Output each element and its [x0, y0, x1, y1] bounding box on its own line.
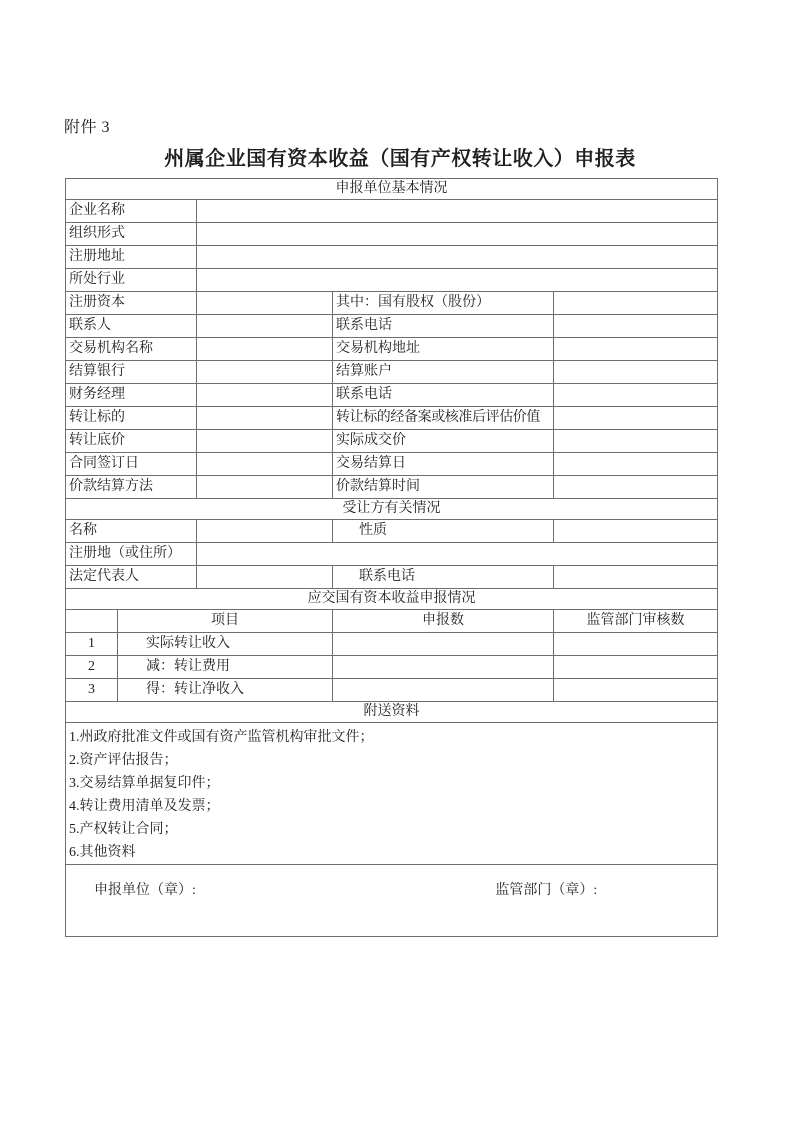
label-transfer-subject: 转让标的 [66, 407, 197, 430]
attachment-item: 6.其他资料 [69, 841, 715, 864]
label-transaction-settlement-date: 交易结算日 [333, 453, 554, 476]
value-industry [197, 269, 718, 292]
label-transferee-phone: 联系电话 [333, 566, 554, 589]
column-header-declared-amount: 申报数 [333, 610, 554, 633]
column-header-reviewed-amount: 监管部门审核数 [554, 610, 718, 633]
attachment-number: 附件 3 [64, 114, 110, 137]
row-number: 3 [66, 679, 118, 702]
value-actual-transfer-income-declared [333, 633, 554, 656]
value-transferee-name [197, 520, 333, 543]
value-actual-transfer-income-reviewed [554, 633, 718, 656]
column-header-number [66, 610, 118, 633]
label-actual-transfer-income: 实际转让收入 [118, 633, 333, 656]
value-transaction-settlement-date [554, 453, 718, 476]
attachment-item: 5.产权转让合同； [69, 818, 715, 841]
label-actual-deal-price: 实际成交价 [333, 430, 554, 453]
label-trading-agency-address: 交易机构地址 [333, 338, 554, 361]
value-transferee-nature [554, 520, 718, 543]
section-header-income-declaration: 应交国有资本收益申报情况 [66, 589, 718, 610]
signature-row: 申报单位（章）: 监管部门（章）: [66, 865, 718, 937]
label-trading-agency-name: 交易机构名称 [66, 338, 197, 361]
value-net-transfer-income-declared [333, 679, 554, 702]
value-finance-manager [197, 384, 333, 407]
label-contract-signing-date: 合同签订日 [66, 453, 197, 476]
attachments-list: 1.州政府批准文件或国有资产监管机构审批文件； 2.资产评估报告； 3.交易结算… [66, 723, 718, 865]
row-number: 1 [66, 633, 118, 656]
value-payment-settlement-method [197, 476, 333, 499]
label-transferee-nature: 性质 [333, 520, 554, 543]
attachment-item: 1.州政府批准文件或国有资产监管机构审批文件； [69, 726, 715, 749]
value-contact-person [197, 315, 333, 338]
label-payment-settlement-method: 价款结算方法 [66, 476, 197, 499]
label-registered-address: 注册地址 [66, 246, 197, 269]
label-finance-manager-phone: 联系电话 [333, 384, 554, 407]
value-settlement-account [554, 361, 718, 384]
attachment-item: 2.资产评估报告； [69, 749, 715, 772]
label-settlement-bank: 结算银行 [66, 361, 197, 384]
attachment-item: 4.转让费用清单及发票； [69, 795, 715, 818]
label-company-name: 企业名称 [66, 200, 197, 223]
value-finance-manager-phone [554, 384, 718, 407]
value-transfer-expenses-reviewed [554, 656, 718, 679]
value-trading-agency-name [197, 338, 333, 361]
label-state-equity: 其中：国有股权（股份） [333, 292, 554, 315]
value-transfer-floor-price [197, 430, 333, 453]
document-page: 附件 3 州属企业国有资本收益（国有产权转让收入）申报表 申报单位基本情况 企业… [0, 0, 800, 1131]
label-appraised-value: 转让标的经备案或核准后评估价值 [333, 407, 554, 430]
supervisor-seal-label: 监管部门（章）: [495, 883, 597, 900]
value-payment-settlement-time [554, 476, 718, 499]
label-registered-capital: 注册资本 [66, 292, 197, 315]
section-header-attachments: 附送资料 [66, 702, 718, 723]
value-registered-capital [197, 292, 333, 315]
section-header-basic-info: 申报单位基本情况 [66, 179, 718, 200]
section-header-transferee: 受让方有关情况 [66, 499, 718, 520]
value-contract-signing-date [197, 453, 333, 476]
value-transferee-phone [554, 566, 718, 589]
value-state-equity [554, 292, 718, 315]
value-transfer-subject [197, 407, 333, 430]
label-industry: 所处行业 [66, 269, 197, 292]
row-number: 2 [66, 656, 118, 679]
value-registered-address [197, 246, 718, 269]
declarer-seal-label: 申报单位（章）: [94, 883, 196, 900]
label-transferee-domicile: 注册地（或住所） [66, 543, 197, 566]
label-transfer-floor-price: 转让底价 [66, 430, 197, 453]
label-contact-phone: 联系电话 [333, 315, 554, 338]
label-finance-manager: 财务经理 [66, 384, 197, 407]
column-header-item: 项目 [118, 610, 333, 633]
label-organization-form: 组织形式 [66, 223, 197, 246]
label-net-transfer-income: 得：转让净收入 [118, 679, 333, 702]
form-title: 州属企业国有资本收益（国有产权转让收入）申报表 [0, 142, 800, 171]
value-net-transfer-income-reviewed [554, 679, 718, 702]
label-transferee-name: 名称 [66, 520, 197, 543]
label-minus-transfer-expenses: 减：转让费用 [118, 656, 333, 679]
value-settlement-bank [197, 361, 333, 384]
attachment-item: 3.交易结算单据复印件； [69, 772, 715, 795]
label-payment-settlement-time: 价款结算时间 [333, 476, 554, 499]
value-appraised-value [554, 407, 718, 430]
value-organization-form [197, 223, 718, 246]
declaration-form-table: 申报单位基本情况 企业名称 组织形式 注册地址 所处行业 注册资本 其中 [65, 178, 718, 937]
value-company-name [197, 200, 718, 223]
value-actual-deal-price [554, 430, 718, 453]
value-trading-agency-address [554, 338, 718, 361]
label-contact-person: 联系人 [66, 315, 197, 338]
label-legal-representative: 法定代表人 [66, 566, 197, 589]
label-settlement-account: 结算账户 [333, 361, 554, 384]
value-transferee-domicile [197, 543, 718, 566]
value-contact-phone [554, 315, 718, 338]
value-transfer-expenses-declared [333, 656, 554, 679]
value-legal-representative [197, 566, 333, 589]
